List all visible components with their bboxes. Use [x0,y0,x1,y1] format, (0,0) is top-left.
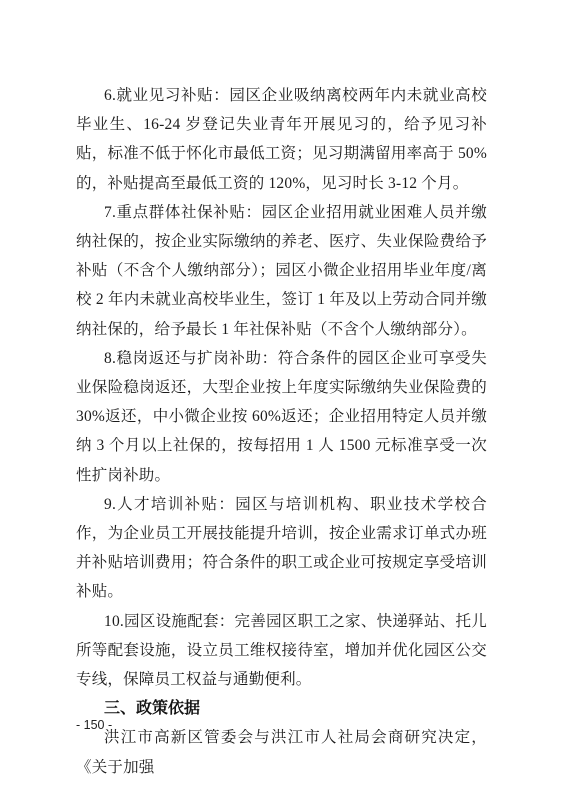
paragraph-item-6-employment-internship-subsidy: 6.就业见习补贴：园区企业吸纳离校两年内未就业高校毕业生、16-24 岁登记失业… [76,81,487,198]
page-body: 6.就业见习补贴：园区企业吸纳离校两年内未就业高校毕业生、16-24 岁登记失业… [76,81,487,782]
closing-paragraph: 洪江市高新区管委会与洪江市人社局会商研究决定，《关于加强 [76,723,487,781]
paragraph-item-10-park-facilities: 10.园区设施配套：完善园区职工之家、快递驿站、托儿所等配套设施，设立员工维权接… [76,607,487,695]
paragraph-item-7-key-group-social-insurance-subsidy: 7.重点群体社保补贴：园区企业招用就业困难人员并缴纳社保的，按企业实际缴纳的养老… [76,198,487,344]
document-page: 6.就业见习补贴：园区企业吸纳离校两年内未就业高校毕业生、16-24 岁登记失业… [0,0,561,793]
paragraph-item-9-talent-training-subsidy: 9.人才培训补贴：园区与培训机构、职业技术学校合作，为企业员工开展技能提升培训，… [76,490,487,607]
page-number: - 150 - [76,718,112,733]
paragraph-item-8-job-retention-and-expansion-subsidy: 8.稳岗返还与扩岗补助：符合条件的园区企业可享受失业保险稳岗返还，大型企业按上年… [76,344,487,490]
section-heading-policy-basis: 三、政策依据 [76,694,487,723]
